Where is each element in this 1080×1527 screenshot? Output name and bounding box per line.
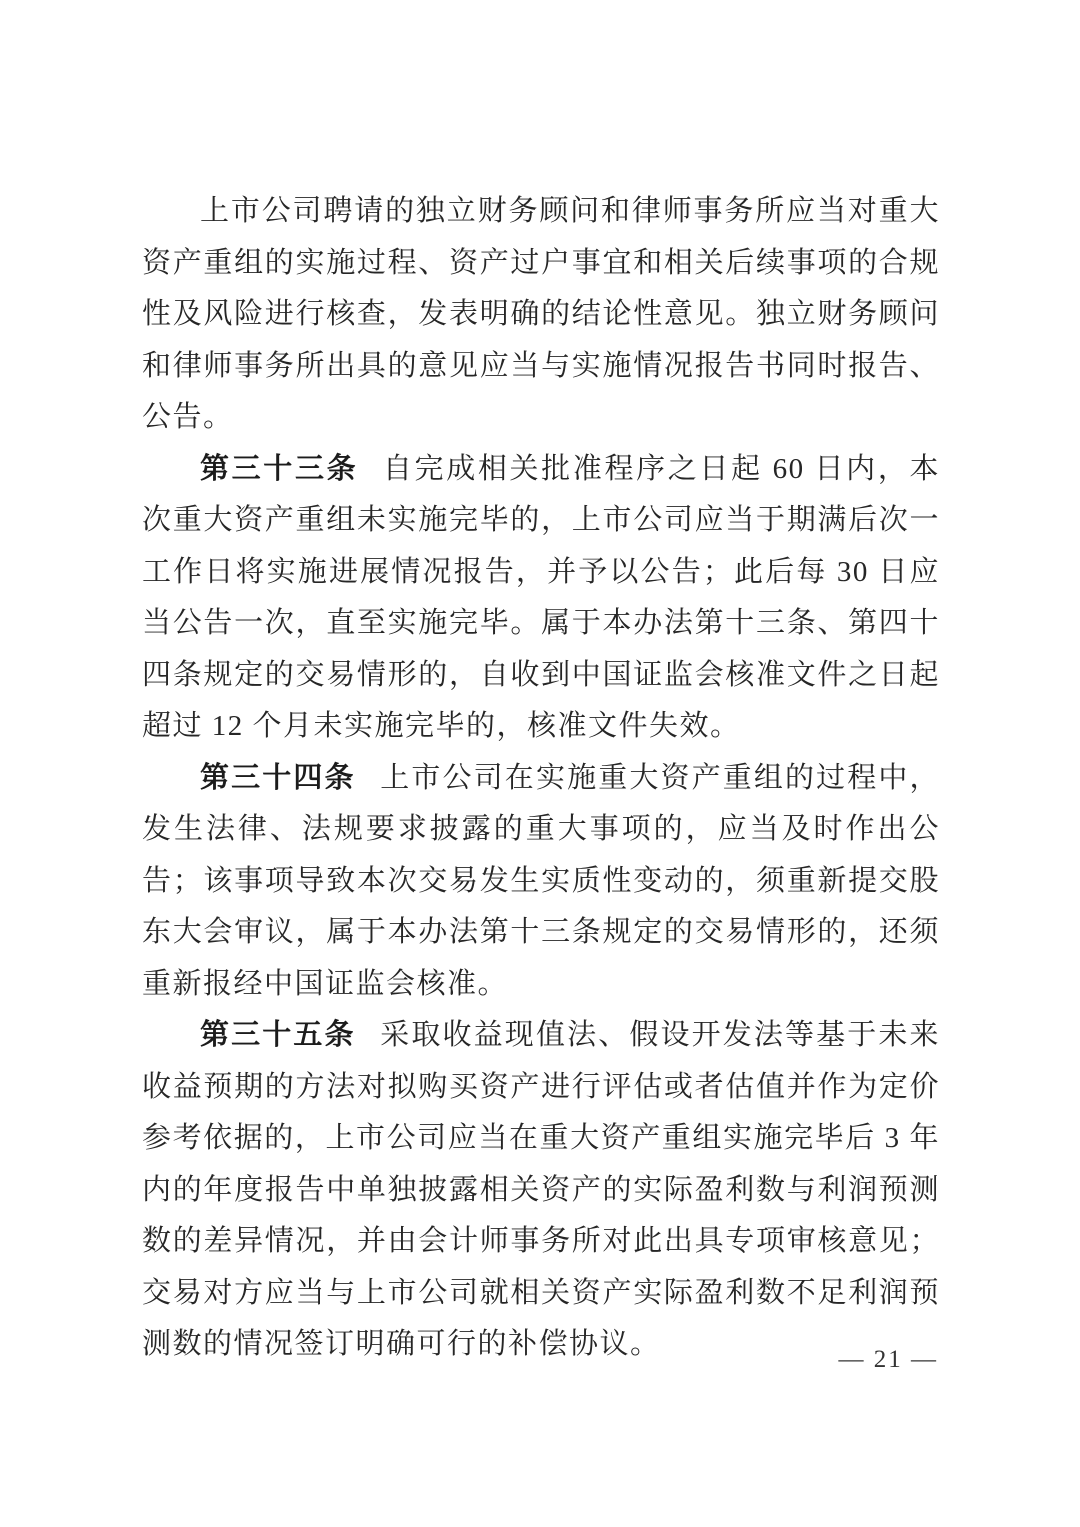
article-heading: 第三十四条 [200, 762, 356, 794]
paragraph-text: 上市公司在实施重大资产重组的过程中，发生法律、法规要求披露的重大事项的，应当及时… [142, 762, 940, 1000]
paragraph-text: 上市公司聘请的独立财务顾问和律师事务所应当对重大资产重组的实施过程、资产过户事宜… [142, 195, 940, 433]
paragraph-text: 采取收益现值法、假设开发法等基于未来收益预期的方法对拟购买资产进行评估或者估值并… [142, 1019, 940, 1360]
article-heading: 第三十五条 [200, 1019, 356, 1051]
document-page: 上市公司聘请的独立财务顾问和律师事务所应当对重大资产重组的实施过程、资产过户事宜… [0, 0, 1080, 1527]
page-number: — 21 — [839, 1346, 939, 1374]
paragraph-article-35: 第三十五条采取收益现值法、假设开发法等基于未来收益预期的方法对拟购买资产进行评估… [142, 1010, 940, 1371]
paragraph-text: 自完成相关批准程序之日起 60 日内，本次重大资产重组未实施完毕的，上市公司应当… [142, 453, 940, 743]
paragraph-article-34: 第三十四条上市公司在实施重大资产重组的过程中，发生法律、法规要求披露的重大事项的… [142, 753, 940, 1011]
article-heading: 第三十三条 [200, 453, 358, 485]
document-body: 上市公司聘请的独立财务顾问和律师事务所应当对重大资产重组的实施过程、资产过户事宜… [142, 186, 940, 1371]
paragraph: 上市公司聘请的独立财务顾问和律师事务所应当对重大资产重组的实施过程、资产过户事宜… [142, 186, 940, 444]
paragraph-article-33: 第三十三条自完成相关批准程序之日起 60 日内，本次重大资产重组未实施完毕的，上… [142, 444, 940, 753]
